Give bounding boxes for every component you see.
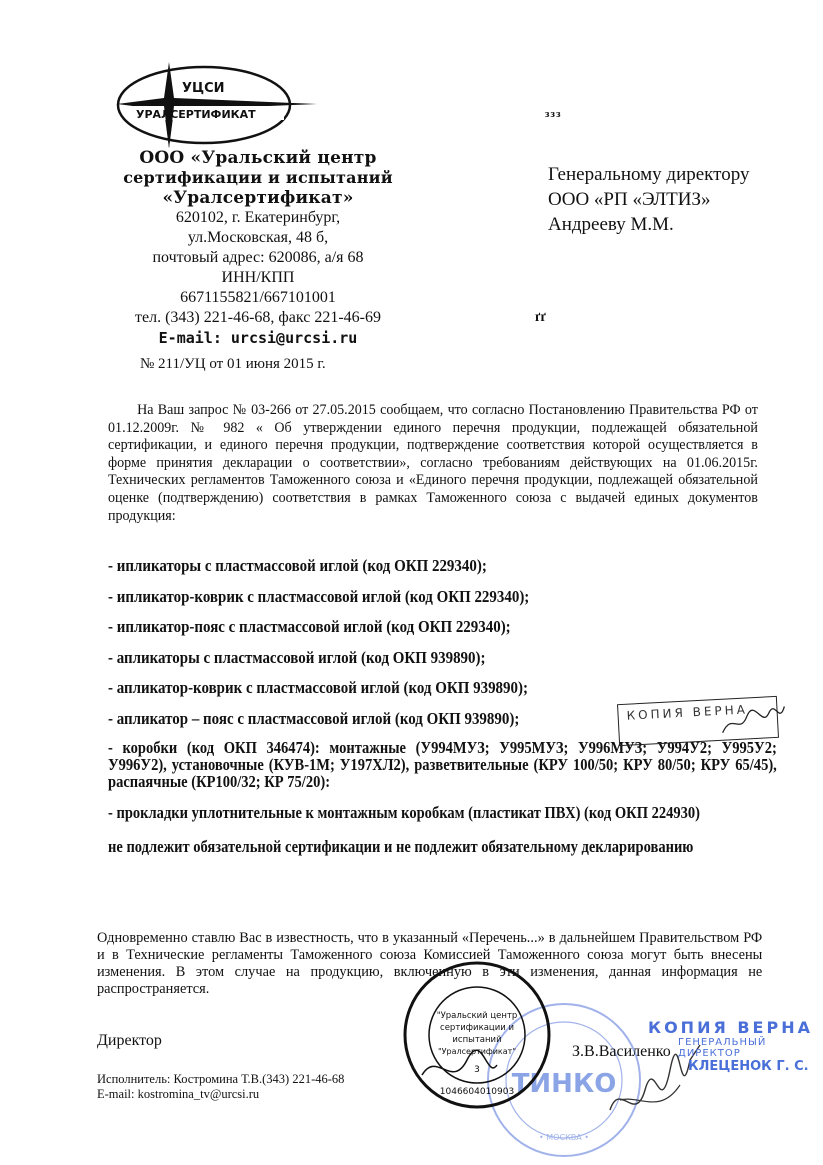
blue-copy-line2: ГЕНЕРАЛЬНЫЙ ДИРЕКТОР bbox=[678, 1037, 818, 1059]
sender-org-line2: сертификации и испытаний bbox=[108, 168, 408, 188]
recipient-line2: ООО «РП «ЭЛТИЗ» bbox=[548, 187, 749, 212]
svg-text:3: 3 bbox=[474, 1065, 480, 1075]
conclusion-text: не подлежит обязательной сертификации и … bbox=[108, 837, 777, 856]
body-paragraph: На Ваш запрос № 03-266 от 27.05.2015 соо… bbox=[108, 402, 758, 525]
sender-inn-label: ИНН/КПП bbox=[108, 268, 408, 288]
executor-line1: Исполнитель: Костромина Т.В.(343) 221-46… bbox=[97, 1072, 344, 1087]
recipient-line3: Андрееву М.М. bbox=[548, 212, 749, 237]
blue-copy-verified-stamp: КОПИЯ ВЕРНА ГЕНЕРАЛЬНЫЙ ДИРЕКТОР КЛЕЦЕНО… bbox=[648, 1018, 818, 1074]
handwritten-mark-top: ззз bbox=[545, 108, 562, 120]
executor-block: Исполнитель: Костромина Т.В.(343) 221-46… bbox=[97, 1072, 344, 1102]
sender-phone: тел. (343) 221-46-68, факс 221-46-69 bbox=[108, 308, 408, 328]
sender-block: ООО «Уральский центр сертификации и испы… bbox=[108, 148, 408, 348]
executor-email: E-mail: kostromina_tv@urcsi.ru bbox=[97, 1087, 344, 1102]
recipient-line1: Генеральному директору bbox=[548, 162, 749, 187]
sender-address-line2: ул.Московская, 48 б, bbox=[108, 228, 408, 248]
company-round-seal: "Уральский центр сертификации и испытани… bbox=[402, 960, 552, 1110]
blue-copy-line3: КЛЕЦЕНОК Г. С. bbox=[688, 1059, 818, 1074]
company-logo: УЦСИ УРАЛСЕРТИФИКАТ bbox=[112, 60, 322, 150]
reference-number: № 211/УЦ от 01 июня 2015 г. bbox=[140, 356, 326, 373]
sender-email: E-mail: urcsi@urcsi.ru bbox=[108, 328, 408, 348]
signatory-title: Директор bbox=[97, 1032, 162, 1050]
handwritten-signature-icon bbox=[716, 704, 787, 738]
list-item: - коробки (код ОКП 346474): монтажные (У… bbox=[108, 739, 777, 790]
svg-text:• МОСКВА •: • МОСКВА • bbox=[539, 1133, 589, 1142]
svg-text:УЦСИ: УЦСИ bbox=[182, 81, 225, 96]
list-item: - ипликаторы с пластмассовой иглой (код … bbox=[108, 556, 699, 576]
sender-inn-value: 6671155821/667101001 bbox=[108, 288, 408, 308]
blue-copy-line1: КОПИЯ ВЕРНА bbox=[648, 1018, 818, 1037]
copy-verified-box-stamp: КОПИЯ ВЕРНА bbox=[617, 696, 779, 746]
list-item: - прокладки уплотнительные к монтажным к… bbox=[108, 804, 777, 821]
svg-text:УРАЛСЕРТИФИКАТ: УРАЛСЕРТИФИКАТ bbox=[136, 108, 256, 121]
recipient-block: Генеральному директору ООО «РП «ЭЛТИЗ» А… bbox=[548, 162, 749, 237]
svg-text:сертификации и: сертификации и bbox=[440, 1023, 514, 1033]
svg-text:"Уральский центр: "Уральский центр bbox=[437, 1011, 518, 1021]
handwritten-mark-middle: ґґ bbox=[535, 310, 546, 326]
sender-org-line3: «Уралсертификат» bbox=[108, 188, 408, 208]
sender-org-line1: ООО «Уральский центр bbox=[108, 148, 408, 168]
round-seal-icon: "Уральский центр сертификации и испытани… bbox=[402, 960, 552, 1110]
svg-text:1046604010903: 1046604010903 bbox=[440, 1087, 514, 1097]
sender-address-line1: 620102, г. Екатеринбург, bbox=[108, 208, 408, 228]
logo-star-emblem-icon: УЦСИ УРАЛСЕРТИФИКАТ bbox=[112, 60, 322, 150]
sender-postal: почтовый адрес: 620086, а/я 68 bbox=[108, 248, 408, 268]
list-item: - ипликатор-пояс с пластмассовой иглой (… bbox=[108, 617, 699, 637]
list-item: - ипликатор-коврик с пластмассовой иглой… bbox=[108, 587, 699, 607]
svg-text:"Уралсертификат": "Уралсертификат" bbox=[438, 1047, 516, 1056]
svg-text:испытаний: испытаний bbox=[452, 1035, 501, 1045]
